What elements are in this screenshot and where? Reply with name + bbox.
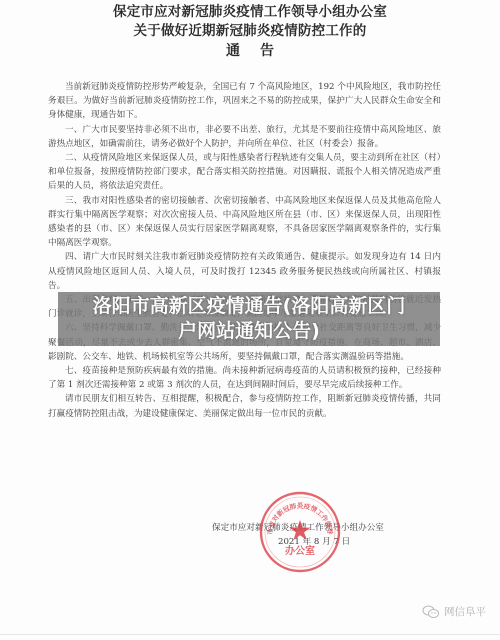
divider [0, 634, 500, 635]
signature-organization: 保定市应对新冠肺炎疫情工作领导小组办公室 [212, 521, 384, 535]
paragraph-3: 三、我市对阳性感染者的密切接触者、次密切接触者、中高风险地区来保返保人员及其他高… [48, 194, 441, 251]
document-body: 当前新冠肺炎疫情防控形势严峻复杂，全国已有 7 个高风险地区，192 个中风险地… [48, 80, 441, 421]
paragraph-2: 二、从疫情风险地区来保返保人员，或与阳性感染者行程轨迹有交集人员，要主动到所在社… [48, 151, 441, 194]
document-page: 保定市应对新冠肺炎疫情工作领导小组办公室 关于做好近期新冠肺炎疫情防控工作的 通… [0, 0, 500, 640]
paragraph-1: 一、广大市民要坚持非必须不出市，非必要不出差、旅行，尤其是不要前往疫情中高风险地… [48, 123, 441, 151]
wechat-icon [422, 605, 440, 619]
source-watermark: 网信阜平 [422, 604, 486, 619]
title-notice-word: 通告 [20, 41, 500, 61]
paragraph-intro: 当前新冠肺炎疫情防控形势严峻复杂，全国已有 7 个高风险地区，192 个中风险地… [48, 80, 441, 123]
paragraph-closing: 请市民朋友们相互转告、互相提醒，积极配合，参与疫情防控工作，阻断新冠肺炎疫情传播… [48, 392, 441, 420]
document-title: 保定市应对新冠肺炎疫情工作领导小组办公室 关于做好近期新冠肺炎疫情防控工作的 通… [0, 3, 500, 61]
signature-date: 2021 年 8 月 7 日 [278, 535, 350, 549]
paragraph-7: 七、疫苗接种是预防疾病最有效的措施。尚未接种新冠病毒疫苗的人员请积极预约接种，已… [48, 364, 441, 392]
headline-line-1: 洛阳市高新区疫情通告(洛阳高新区门 [58, 294, 440, 319]
title-line-1: 保定市应对新冠肺炎疫情工作领导小组办公室 [0, 3, 500, 22]
watermark-label: 网信阜平 [444, 604, 486, 619]
title-line-2: 关于做好近期新冠肺炎疫情防控工作的 [0, 22, 500, 41]
headline-line-2: 户网站通知公告) [58, 319, 440, 344]
paragraph-4: 四、请广大市民时刻关注我市新冠肺炎疫情防控有关政策通告、健康提示。如发现身边有 … [48, 250, 441, 293]
headline-overlay: 洛阳市高新区疫情通告(洛阳高新区门 户网站通知公告) [58, 292, 440, 344]
